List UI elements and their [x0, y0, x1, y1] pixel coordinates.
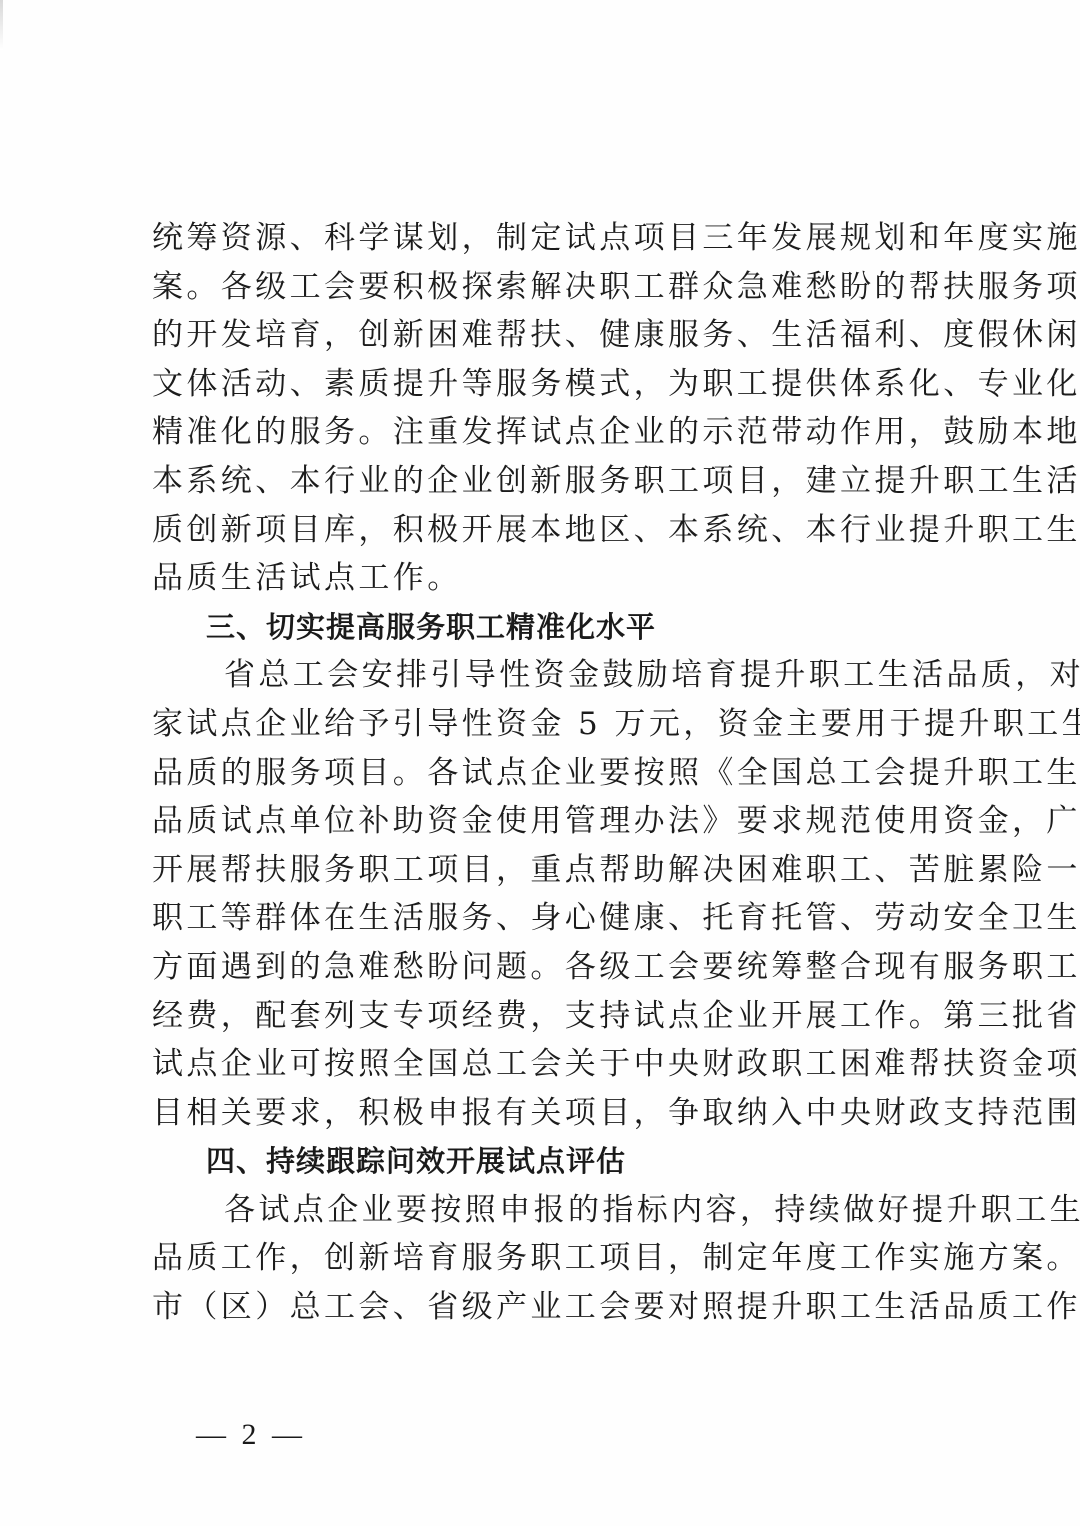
body-line: 案。各级工会要积极探索解决职工群众急难愁盼的帮扶服务项目 [152, 263, 952, 312]
section-heading-3: 三、切实提高服务职工精准化水平 [152, 603, 952, 652]
body-line: 统筹资源、科学谋划，制定试点项目三年发展规划和年度实施方 [152, 214, 952, 263]
document-body: 统筹资源、科学谋划，制定试点项目三年发展规划和年度实施方 案。各级工会要积极探索… [152, 214, 952, 1332]
section-heading-4: 四、持续跟踪问效开展试点评估 [152, 1137, 952, 1186]
document-page: 统筹资源、科学谋划，制定试点项目三年发展规划和年度实施方 案。各级工会要积极探索… [0, 0, 1080, 1526]
body-line: 品质生活试点工作。 [152, 554, 952, 603]
body-line: 职工等群体在生活服务、身心健康、托育托管、劳动安全卫生等 [152, 894, 952, 943]
body-line: 品质的服务项目。各试点企业要按照《全国总工会提升职工生活 [152, 749, 952, 798]
body-line: 市（区）总工会、省级产业工会要对照提升职工生活品质工作任 [152, 1283, 952, 1332]
body-line: 开展帮扶服务职工项目，重点帮助解决困难职工、苦脏累险一线 [152, 846, 952, 895]
body-line: 质创新项目库，积极开展本地区、本系统、本行业提升职工生活 [152, 506, 952, 555]
body-line: 精准化的服务。注重发挥试点企业的示范带动作用，鼓励本地区、 [152, 408, 952, 457]
scan-edge-artifact [0, 0, 3, 50]
body-line: 品质工作，创新培育服务职工项目，制定年度工作实施方案。各 [152, 1234, 952, 1283]
body-line: 本系统、本行业的企业创新服务职工项目，建立提升职工生活品 [152, 457, 952, 506]
body-line: 品质试点单位补助资金使用管理办法》要求规范使用资金，广泛 [152, 797, 952, 846]
body-line: 试点企业可按照全国总工会关于中央财政职工困难帮扶资金项 [152, 1040, 952, 1089]
page-number: — 2 — [196, 1418, 306, 1452]
body-line: 的开发培育，创新困难帮扶、健康服务、生活福利、度假休闲、 [152, 311, 952, 360]
body-line: 省总工会安排引导性资金鼓励培育提升职工生活品质，对每 [152, 651, 952, 700]
body-line: 经费，配套列支专项经费，支持试点企业开展工作。第三批省总 [152, 992, 952, 1041]
body-line: 目相关要求，积极申报有关项目，争取纳入中央财政支持范围。 [152, 1089, 952, 1138]
body-line: 家试点企业给予引导性资金 5 万元，资金主要用于提升职工生活 [152, 700, 952, 749]
body-line: 各试点企业要按照申报的指标内容，持续做好提升职工生活 [152, 1186, 952, 1235]
body-line: 文体活动、素质提升等服务模式，为职工提供体系化、专业化、 [152, 360, 952, 409]
body-line: 方面遇到的急难愁盼问题。各级工会要统筹整合现有服务职工类 [152, 943, 952, 992]
